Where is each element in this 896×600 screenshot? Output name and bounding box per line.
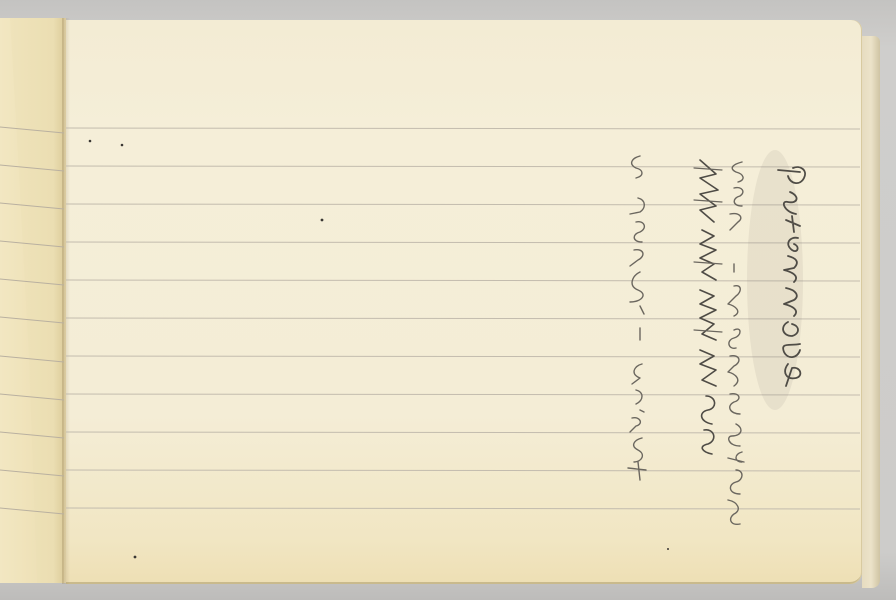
page-markings xyxy=(0,0,896,600)
left-page-rules xyxy=(0,127,64,514)
paper-specks xyxy=(89,140,669,559)
